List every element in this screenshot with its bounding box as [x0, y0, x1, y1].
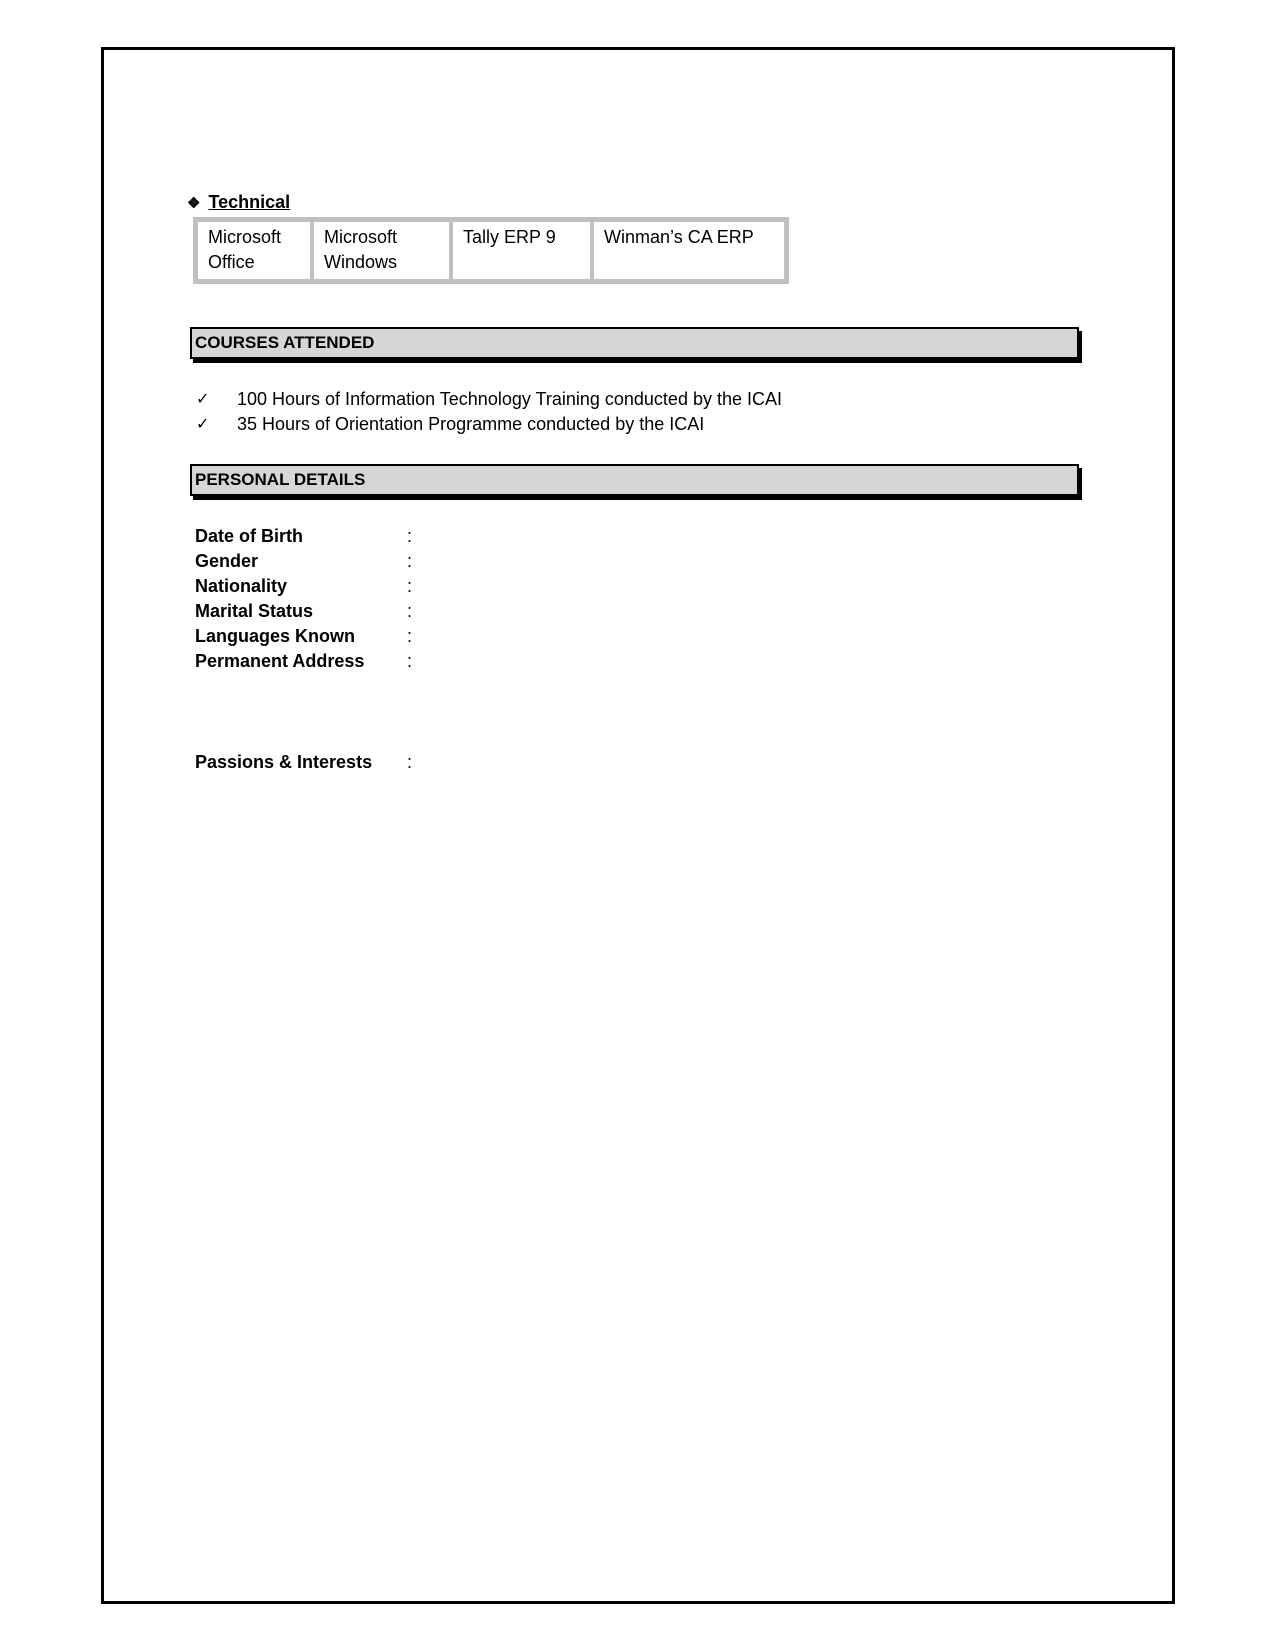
passions-row: Passions & Interests : — [195, 750, 412, 775]
detail-row: Marital Status : — [195, 599, 412, 624]
courses-section-header: COURSES ATTENDED — [190, 327, 1079, 359]
detail-separator: : — [407, 649, 412, 674]
checkmark-icon: ✓ — [196, 412, 237, 437]
diamond-bullet-icon: ❖ — [187, 195, 200, 212]
skill-cell: Microsoft Windows — [312, 220, 451, 281]
detail-separator: : — [407, 574, 412, 599]
detail-label: Marital Status — [195, 599, 407, 624]
course-text: 35 Hours of Orientation Programme conduc… — [237, 412, 704, 437]
list-item: ✓ 100 Hours of Information Technology Tr… — [196, 387, 782, 412]
detail-row: Nationality : — [195, 574, 412, 599]
detail-label: Permanent Address — [195, 649, 407, 674]
detail-separator: : — [407, 624, 412, 649]
list-item: ✓ 35 Hours of Orientation Programme cond… — [196, 412, 782, 437]
skills-table: Microsoft Office Microsoft Windows Tally… — [193, 217, 789, 284]
technical-title: Technical — [208, 192, 290, 212]
detail-label: Languages Known — [195, 624, 407, 649]
detail-separator: : — [407, 549, 412, 574]
passions-label: Passions & Interests — [195, 750, 407, 775]
detail-separator: : — [407, 599, 412, 624]
technical-heading: ❖Technical — [187, 192, 290, 213]
personal-details: Date of Birth : Gender : Nationality : M… — [195, 524, 412, 674]
skill-cell: Tally ERP 9 — [451, 220, 592, 281]
skill-cell: Microsoft Office — [196, 220, 312, 281]
passions-separator: : — [407, 750, 412, 775]
detail-label: Date of Birth — [195, 524, 407, 549]
skill-cell: Winman’s CA ERP — [592, 220, 786, 281]
detail-label: Nationality — [195, 574, 407, 599]
checkmark-icon: ✓ — [196, 387, 237, 412]
detail-row: Languages Known : — [195, 624, 412, 649]
courses-list: ✓ 100 Hours of Information Technology Tr… — [196, 387, 782, 437]
personal-section-header: PERSONAL DETAILS — [190, 464, 1079, 496]
detail-row: Date of Birth : — [195, 524, 412, 549]
detail-label: Gender — [195, 549, 407, 574]
detail-row: Gender : — [195, 549, 412, 574]
detail-separator: : — [407, 524, 412, 549]
course-text: 100 Hours of Information Technology Trai… — [237, 387, 782, 412]
detail-row: Permanent Address : — [195, 649, 412, 674]
